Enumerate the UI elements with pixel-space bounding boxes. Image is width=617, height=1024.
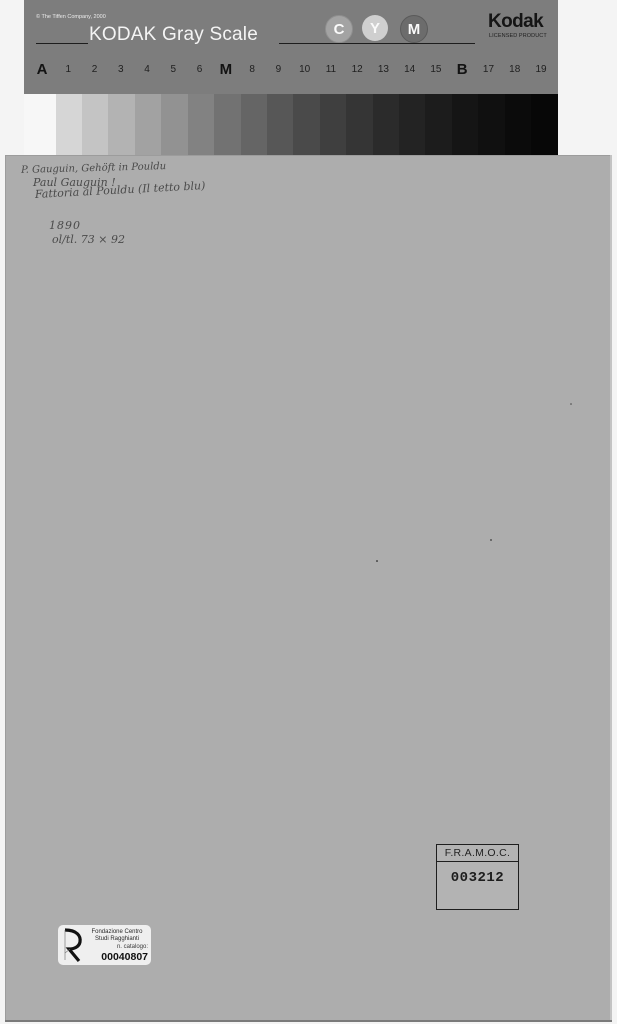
scale-label: 10 xyxy=(299,64,310,75)
title-rule-left xyxy=(36,43,88,44)
card-edge-right xyxy=(610,155,612,1022)
scale-label: 5 xyxy=(171,64,177,75)
framoc-stamp: F.R.A.M.O.C. 003212 xyxy=(436,844,519,910)
scale-label: 18 xyxy=(509,64,520,75)
label-institution-line1: Fondazione Centro xyxy=(86,929,148,935)
label-catalog-caption: n. catalogo: xyxy=(86,944,148,950)
gray-patch xyxy=(82,94,108,155)
scale-label: 15 xyxy=(430,64,441,75)
cyan-mark-icon: C xyxy=(325,15,353,43)
gray-patch xyxy=(188,94,214,155)
gray-patch xyxy=(24,94,56,155)
yellow-mark-icon: Y xyxy=(362,15,388,41)
gray-patches xyxy=(24,94,558,155)
dust-speck xyxy=(490,539,492,541)
kodak-gray-scale-target: © The Tiffen Company, 2000 KODAK Gray Sc… xyxy=(24,0,558,155)
scale-label: B xyxy=(457,61,468,78)
stamp-number: 003212 xyxy=(437,870,518,886)
card-edge-bottom xyxy=(5,1020,612,1022)
label-catalog-number: 00040807 xyxy=(86,951,148,963)
scale-label: 12 xyxy=(352,64,363,75)
ragghianti-logo-icon xyxy=(61,927,83,963)
dust-speck xyxy=(570,403,572,405)
kodak-logo: Kodak xyxy=(488,11,543,33)
gray-patch xyxy=(399,94,425,155)
stamp-header: F.R.A.M.O.C. xyxy=(437,845,518,862)
scale-label: 11 xyxy=(326,64,336,75)
gray-patch xyxy=(161,94,188,155)
gray-scale-title: KODAK Gray Scale xyxy=(89,24,258,46)
label-institution-line2: Studi Ragghianti xyxy=(86,936,148,942)
handwritten-note: 1890 xyxy=(49,219,81,232)
dust-speck xyxy=(376,560,378,562)
gray-patch xyxy=(267,94,293,155)
gray-patch xyxy=(135,94,161,155)
scale-label: M xyxy=(220,61,233,78)
scale-label: 19 xyxy=(535,64,546,75)
scale-label: 9 xyxy=(276,64,282,75)
gray-patch xyxy=(214,94,241,155)
gray-patch xyxy=(241,94,267,155)
scale-label: 14 xyxy=(404,64,415,75)
gray-patch xyxy=(56,94,82,155)
gray-patch xyxy=(478,94,505,155)
handwritten-note: P. Gauguin, Gehöft in Pouldu xyxy=(21,161,166,176)
scale-label: 4 xyxy=(144,64,150,75)
gray-patch xyxy=(452,94,478,155)
gray-patch xyxy=(293,94,320,155)
catalog-label: Fondazione Centro Studi Ragghianti n. ca… xyxy=(58,925,151,965)
scale-label: 8 xyxy=(249,64,255,75)
gray-patch xyxy=(531,94,558,155)
scale-label: 6 xyxy=(197,64,203,75)
licensed-product-text: LICENSED PRODUCT xyxy=(489,33,547,39)
scale-label: 1 xyxy=(65,64,71,75)
scale-label: 17 xyxy=(483,64,494,75)
gray-patch xyxy=(346,94,373,155)
gray-patch xyxy=(425,94,452,155)
gray-patch xyxy=(373,94,399,155)
gray-scale-header-band: © The Tiffen Company, 2000 KODAK Gray Sc… xyxy=(24,0,558,94)
scale-labels: A123456M89101112131415B171819 xyxy=(32,64,554,82)
document-card: P. Gauguin, Gehöft in Pouldu Paul Gaugui… xyxy=(5,155,612,1022)
gray-patch xyxy=(320,94,346,155)
title-rule-right xyxy=(279,43,475,44)
scale-label: A xyxy=(37,61,48,78)
gray-patch xyxy=(505,94,531,155)
copyright-text: © The Tiffen Company, 2000 xyxy=(36,14,106,20)
scale-label: 2 xyxy=(92,64,98,75)
magenta-mark-icon: M xyxy=(400,15,428,43)
handwritten-note: ol/tl. 73 × 92 xyxy=(52,233,125,246)
scale-label: 13 xyxy=(378,64,389,75)
scale-label: 3 xyxy=(118,64,124,75)
gray-patch xyxy=(108,94,135,155)
